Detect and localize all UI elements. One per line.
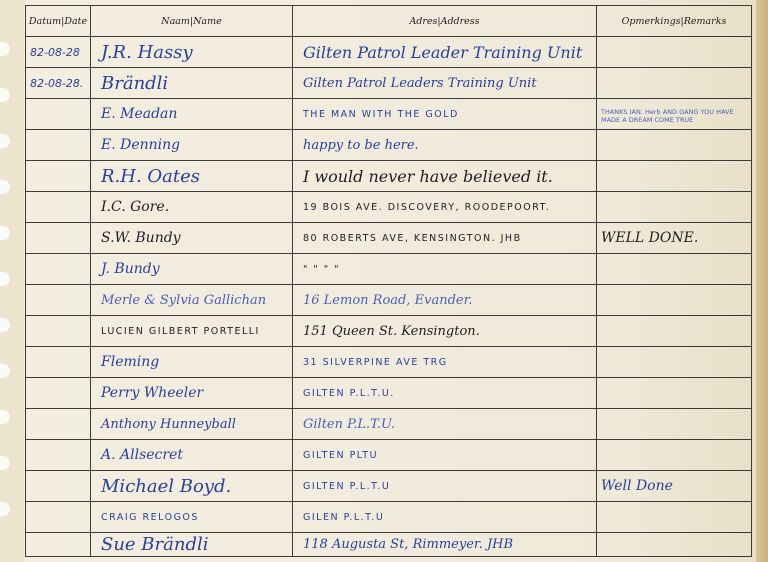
entry-remarks: Well Done [597, 471, 751, 502]
binder-hole [0, 42, 10, 56]
entry-address-text: GILTEN P.L.T.U. [303, 388, 395, 399]
entry-name-text: Anthony Hunneyball [101, 417, 236, 432]
entry-address: 118 Augusta St, Rimmeyer. JHB [293, 533, 597, 556]
entry-name: E. Meadan [91, 99, 293, 130]
entry-name: CRAIG RELOGOS [91, 502, 293, 533]
entry-name: Anthony Hunneyball [91, 409, 293, 440]
entry-date-text: 82-08-28. [30, 77, 83, 90]
entry-name: Fleming [91, 347, 293, 378]
binder-hole [0, 364, 10, 378]
entry-remarks: WELL DONE. [597, 223, 751, 254]
entry-name-text: R.H. Oates [101, 166, 200, 187]
binder-margin [0, 0, 24, 562]
entry-address-text: 19 BOIS AVE. DISCOVERY, ROODEPOORT. [303, 202, 550, 213]
entry-remarks [597, 254, 751, 285]
entry-remarks [597, 192, 751, 223]
entry-address-text: GILTEN PLTU [303, 450, 378, 461]
entry-name-text: S.W. Bundy [101, 230, 181, 246]
header-name: Naam|Name [91, 6, 293, 37]
entry-address: 151 Queen St. Kensington. [293, 316, 597, 347]
entry-address-text: Gilten P.L.T.U. [303, 417, 395, 432]
entry-address-text: GILTEN P.L.T.U [303, 481, 390, 492]
entry-name: Michael Boyd. [91, 471, 293, 502]
entry-date: 82-08-28 [26, 37, 91, 68]
entry-address: GILTEN P.L.T.U [293, 471, 597, 502]
entry-date [26, 130, 91, 161]
entry-address: 80 ROBERTS AVE, KENSINGTON. JHB [293, 223, 597, 254]
entry-name: Sue Brändli [91, 533, 293, 556]
entry-address: GILEN P.L.T.U [293, 502, 597, 533]
binder-hole [0, 456, 10, 470]
binder-hole [0, 88, 10, 102]
entry-name-text: Merle & Sylvia Gallichan [101, 293, 266, 308]
entry-name: J. Bundy [91, 254, 293, 285]
entry-name: J.R. Hassy [91, 37, 293, 68]
entry-name-text: Fleming [101, 354, 159, 370]
entry-address: happy to be here. [293, 130, 597, 161]
entry-remarks [597, 502, 751, 533]
entry-name: I.C. Gore. [91, 192, 293, 223]
entry-date [26, 440, 91, 471]
entry-address: GILTEN PLTU [293, 440, 597, 471]
header-address: Adres|Address [293, 6, 597, 37]
entry-address: I would never have believed it. [293, 161, 597, 192]
page-edge [756, 0, 768, 562]
entry-address: GILTEN P.L.T.U. [293, 378, 597, 409]
entry-date [26, 378, 91, 409]
entry-remarks [597, 68, 751, 99]
entry-name-text: E. Meadan [101, 106, 177, 122]
entry-remarks-text: WELL DONE. [601, 230, 698, 246]
entry-name: Perry Wheeler [91, 378, 293, 409]
entry-address-text: 80 ROBERTS AVE, KENSINGTON. JHB [303, 233, 522, 244]
entry-address-text: Gilten Patrol Leader Training Unit [303, 43, 582, 62]
register-table: Datum|Date Naam|Name Adres|Address Opmer… [25, 5, 752, 557]
entry-name-text: LUCIEN GILBERT PORTELLI [101, 326, 260, 337]
entry-remarks [597, 409, 751, 440]
entry-date [26, 161, 91, 192]
entry-date [26, 409, 91, 440]
entry-remarks [597, 378, 751, 409]
header-remarks: Opmerkings|Remarks [597, 6, 751, 37]
binder-hole [0, 410, 10, 424]
entry-name-text: Michael Boyd. [101, 476, 231, 497]
entry-address-text: 16 Lemon Road, Evander. [303, 293, 473, 308]
register-page: Datum|Date Naam|Name Adres|Address Opmer… [0, 0, 768, 562]
entry-address: " " " " [293, 254, 597, 285]
binder-hole [0, 180, 10, 194]
entry-address: THE MAN WITH THE GOLD [293, 99, 597, 130]
header-date: Datum|Date [26, 6, 91, 37]
entry-name-text: J. Bundy [101, 261, 160, 277]
entry-remarks [597, 316, 751, 347]
entry-address: Gilten P.L.T.U. [293, 409, 597, 440]
entry-date [26, 347, 91, 378]
entry-name-text: CRAIG RELOGOS [101, 512, 199, 523]
entry-date [26, 192, 91, 223]
entry-date [26, 254, 91, 285]
entry-address: 19 BOIS AVE. DISCOVERY, ROODEPOORT. [293, 192, 597, 223]
entry-address-text: happy to be here. [303, 138, 419, 153]
entry-address: Gilten Patrol Leader Training Unit [293, 37, 597, 68]
entry-name: S.W. Bundy [91, 223, 293, 254]
binder-hole [0, 226, 10, 240]
entry-date [26, 533, 91, 556]
binder-hole [0, 318, 10, 332]
entry-date-text: 82-08-28 [30, 46, 80, 59]
entry-remarks [597, 347, 751, 378]
entry-address-text: I would never have believed it. [303, 167, 553, 186]
entry-remarks [597, 533, 751, 556]
entry-address-text: Gilten Patrol Leaders Training Unit [303, 76, 537, 91]
entry-address-text: 118 Augusta St, Rimmeyer. JHB [303, 537, 513, 552]
entry-address-text: 151 Queen St. Kensington. [303, 324, 480, 339]
entry-date [26, 471, 91, 502]
entry-address: 31 SILVERPINE AVE TRG [293, 347, 597, 378]
entry-name: Brändli [91, 68, 293, 99]
entry-remarks-text: Well Done [601, 478, 673, 494]
binder-hole [0, 272, 10, 286]
entry-remarks [597, 440, 751, 471]
entry-address: 16 Lemon Road, Evander. [293, 285, 597, 316]
entry-address: Gilten Patrol Leaders Training Unit [293, 68, 597, 99]
entry-date [26, 502, 91, 533]
entry-name: E. Denning [91, 130, 293, 161]
entry-name: A. Allsecret [91, 440, 293, 471]
entry-remarks: THANKS IAN. Herb AND GANG YOU HAVE MADE … [597, 99, 751, 130]
entry-name-text: Brändli [101, 73, 168, 94]
entry-remarks [597, 37, 751, 68]
entry-name: Merle & Sylvia Gallichan [91, 285, 293, 316]
entry-date [26, 285, 91, 316]
entry-name-text: I.C. Gore. [101, 199, 169, 215]
entry-address-text: GILEN P.L.T.U [303, 512, 384, 523]
entry-address-text: 31 SILVERPINE AVE TRG [303, 357, 448, 368]
entry-name: LUCIEN GILBERT PORTELLI [91, 316, 293, 347]
entry-remarks [597, 161, 751, 192]
entry-date [26, 99, 91, 130]
entry-remarks-text: THANKS IAN. Herb AND GANG YOU HAVE MADE … [601, 104, 747, 124]
entry-address-text: " " " " [303, 264, 340, 275]
entry-name: R.H. Oates [91, 161, 293, 192]
entry-address-text: THE MAN WITH THE GOLD [303, 109, 459, 120]
entry-date [26, 316, 91, 347]
binder-hole [0, 502, 10, 516]
binder-hole [0, 134, 10, 148]
entry-name-text: A. Allsecret [101, 447, 183, 463]
entry-date [26, 223, 91, 254]
entry-name-text: Perry Wheeler [101, 385, 203, 401]
entry-remarks [597, 285, 751, 316]
entry-name-text: E. Denning [101, 137, 180, 153]
entry-date: 82-08-28. [26, 68, 91, 99]
entry-name-text: J.R. Hassy [101, 42, 193, 63]
entry-remarks [597, 130, 751, 161]
entry-name-text: Sue Brändli [101, 534, 209, 555]
